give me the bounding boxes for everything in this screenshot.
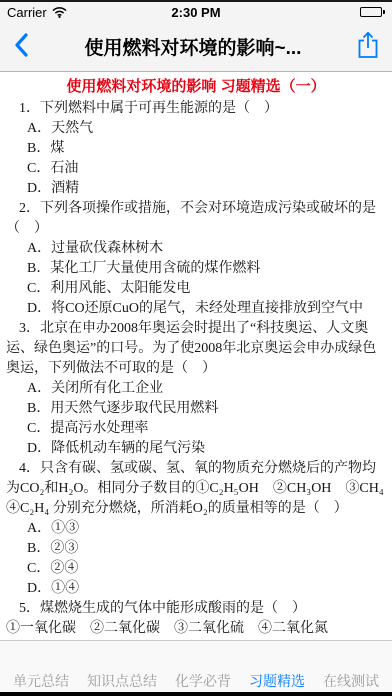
question-stem: 2．下列各项操作或措施，不会对环境造成污染或破坏的是（ ） xyxy=(6,199,386,239)
tab-exercise-selection[interactable]: 习题精选 xyxy=(249,673,305,689)
answer-option: A．过量砍伐森林树木 xyxy=(6,239,386,259)
nav-bar: 使用燃料对环境的影响~... xyxy=(0,22,392,72)
tab-chemistry-musts[interactable]: 化学必背 xyxy=(175,673,231,689)
answer-option: B．煤 xyxy=(6,139,386,159)
back-button[interactable] xyxy=(0,22,42,71)
question-stem: 5．煤燃烧生成的气体中能形成酸雨的是（ ） xyxy=(6,599,386,619)
tab-online-test[interactable]: 在线测试 xyxy=(323,673,379,689)
status-bar-left: Carrier xyxy=(7,5,133,20)
question-list: 1．下列燃料中属于可再生能源的是（ ）A．天然气B．煤C．石油D．酒精2．下列各… xyxy=(6,99,386,639)
share-icon xyxy=(357,31,379,62)
answer-option: A．天然气 xyxy=(6,119,386,139)
question-stem: 4．只含有碳、氢或碳、氢、氧的物质充分燃烧后的产物均为CO₂和H₂O。相同分子数… xyxy=(6,459,386,519)
app-window: Carrier 2:30 PM xyxy=(0,0,392,696)
answer-option: D．将CO还原CuO的尾气，未经处理直接排放到空气中 xyxy=(6,299,386,319)
answer-option: C．②④ xyxy=(6,559,386,579)
screen-bottom-edge xyxy=(0,692,392,696)
answer-option: D．①④ xyxy=(6,579,386,599)
answer-option: D．酒精 xyxy=(6,179,386,199)
clock-label: 2:30 PM xyxy=(171,5,220,20)
answer-option: C．利用风能、太阳能发电 xyxy=(6,279,386,299)
question-extra: ①一氧化碳 ②二氧化碳 ③二氧化硫 ④二氧化氮 xyxy=(6,619,386,639)
nav-title: 使用燃料对环境的影响~... xyxy=(42,33,344,60)
answer-option: B．用天然气逐步取代民用燃料 xyxy=(6,399,386,419)
question-stem: 3．北京在申办2008年奥运会时提出了“科技奥运、人文奥运、绿色奥运”的口号。为… xyxy=(6,319,386,379)
content-scroll-area[interactable]: 使用燃料对环境的影响 习题精选（一） 1．下列燃料中属于可再生能源的是（ ）A．… xyxy=(0,72,392,640)
answer-option: B．②③ xyxy=(6,539,386,559)
tab-bar: 单元总结知识点总结化学必背习题精选在线测试 xyxy=(0,640,392,692)
wifi-icon xyxy=(52,7,67,18)
tab-unit-summary[interactable]: 单元总结 xyxy=(13,673,69,689)
answer-option: B．某化工厂大量使用含硫的煤作燃料 xyxy=(6,259,386,279)
chevron-left-icon xyxy=(14,33,28,60)
answer-option: D．降低机动车辆的尾气污染 xyxy=(6,439,386,459)
carrier-label: Carrier xyxy=(7,5,47,20)
answer-option: A．关闭所有化工企业 xyxy=(6,379,386,399)
page-heading: 使用燃料对环境的影响 习题精选（一） xyxy=(6,76,386,98)
question-stem: 1．下列燃料中属于可再生能源的是（ ） xyxy=(6,99,386,119)
answer-option: C．石油 xyxy=(6,159,386,179)
battery-icon xyxy=(360,7,385,17)
answer-option: C．提高污水处理率 xyxy=(6,419,386,439)
tab-knowledge-summary[interactable]: 知识点总结 xyxy=(87,673,157,689)
share-button[interactable] xyxy=(344,22,392,71)
status-bar: Carrier 2:30 PM xyxy=(0,2,392,22)
answer-option: A．①③ xyxy=(6,519,386,539)
